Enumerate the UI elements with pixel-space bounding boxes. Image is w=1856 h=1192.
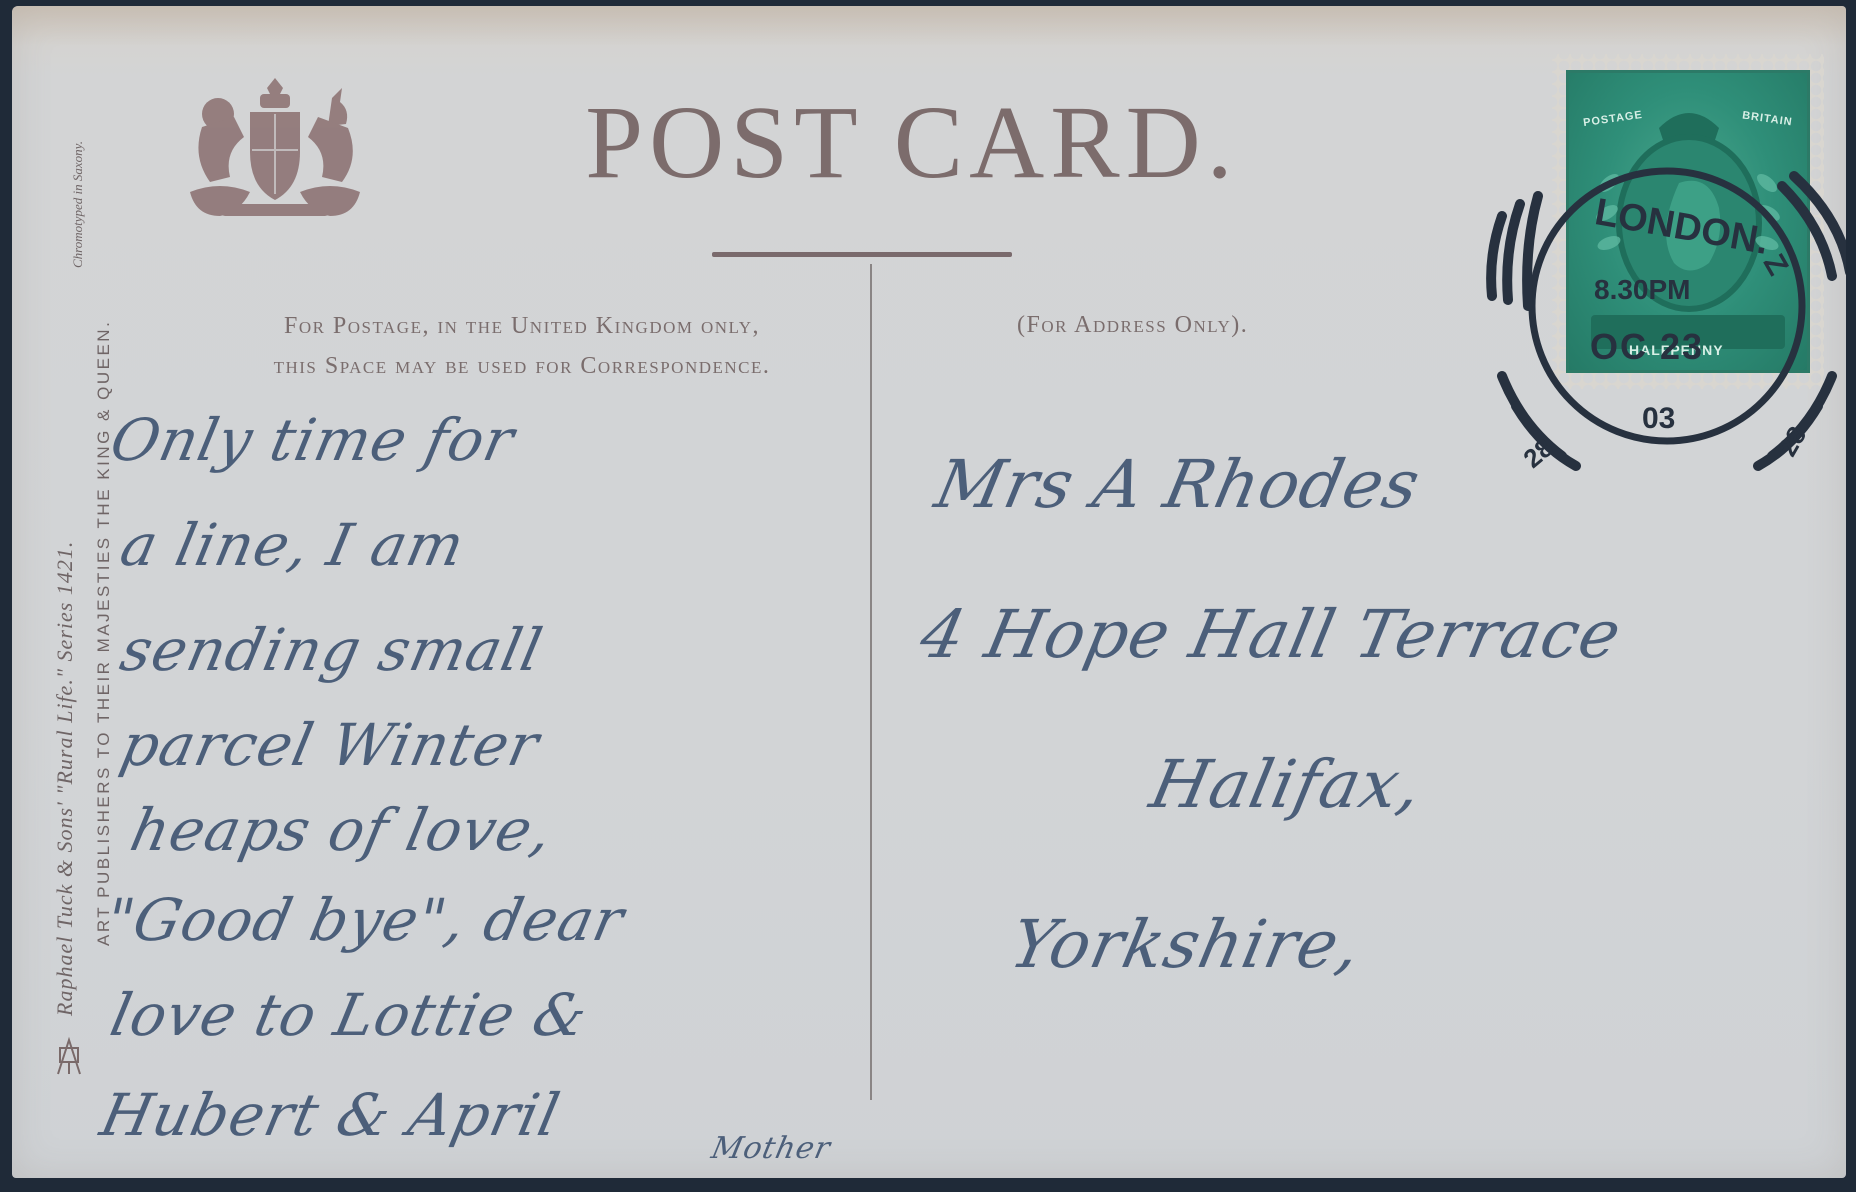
publisher-credit: Raphael Tuck & Sons' "Rural Life." Serie… (52, 541, 78, 1016)
message-line: Hubert & April (95, 1081, 566, 1149)
postmark-cancellation: LONDON. Z 8.30PM OC 23 03 28 28 (1482, 156, 1846, 496)
address-line: Mrs A Rhodes (929, 446, 1427, 523)
correspondence-note: For Postage, in the United Kingdom only,… (172, 306, 872, 386)
address-line: 4 Hope Hall Terrace (914, 596, 1628, 673)
message-line: love to Lottie & (105, 981, 594, 1049)
postcard: POST CARD. For Postage, in the United Ki… (12, 6, 1846, 1178)
message-line: heaps of love, (125, 796, 559, 864)
correspondence-note-line-2: this Space may be used for Correspondenc… (172, 346, 872, 386)
address-line: Yorkshire, (1004, 906, 1369, 983)
message-line: a line, I am (115, 511, 471, 579)
postmark-year: 03 (1642, 402, 1675, 436)
postmark-date: OC 23 (1590, 326, 1704, 368)
royal-warrant: ART PUBLISHERS TO THEIR MAJESTIES THE KI… (94, 320, 114, 946)
address-line: Halifax, (1144, 746, 1429, 823)
correspondence-note-line-1: For Postage, in the United Kingdom only, (172, 306, 872, 346)
print-origin: Chromotyped in Saxony. (70, 141, 86, 268)
message-signature: Mother (708, 1131, 834, 1166)
message-line: "Good bye", dear (100, 886, 630, 954)
postcard-title: POST CARD. (572, 91, 1252, 195)
address-note: (For Address Only). (1017, 312, 1347, 339)
message-line: Only time for (105, 406, 521, 474)
royal-crest-icon (180, 72, 370, 232)
message-line: parcel Winter (115, 711, 546, 779)
title-rule (712, 252, 1012, 257)
postmark-time: 8.30PM (1594, 274, 1691, 306)
tuck-easel-logo-icon (52, 1036, 86, 1076)
message-line: sending small (115, 616, 549, 684)
vertical-divider (870, 264, 872, 1100)
